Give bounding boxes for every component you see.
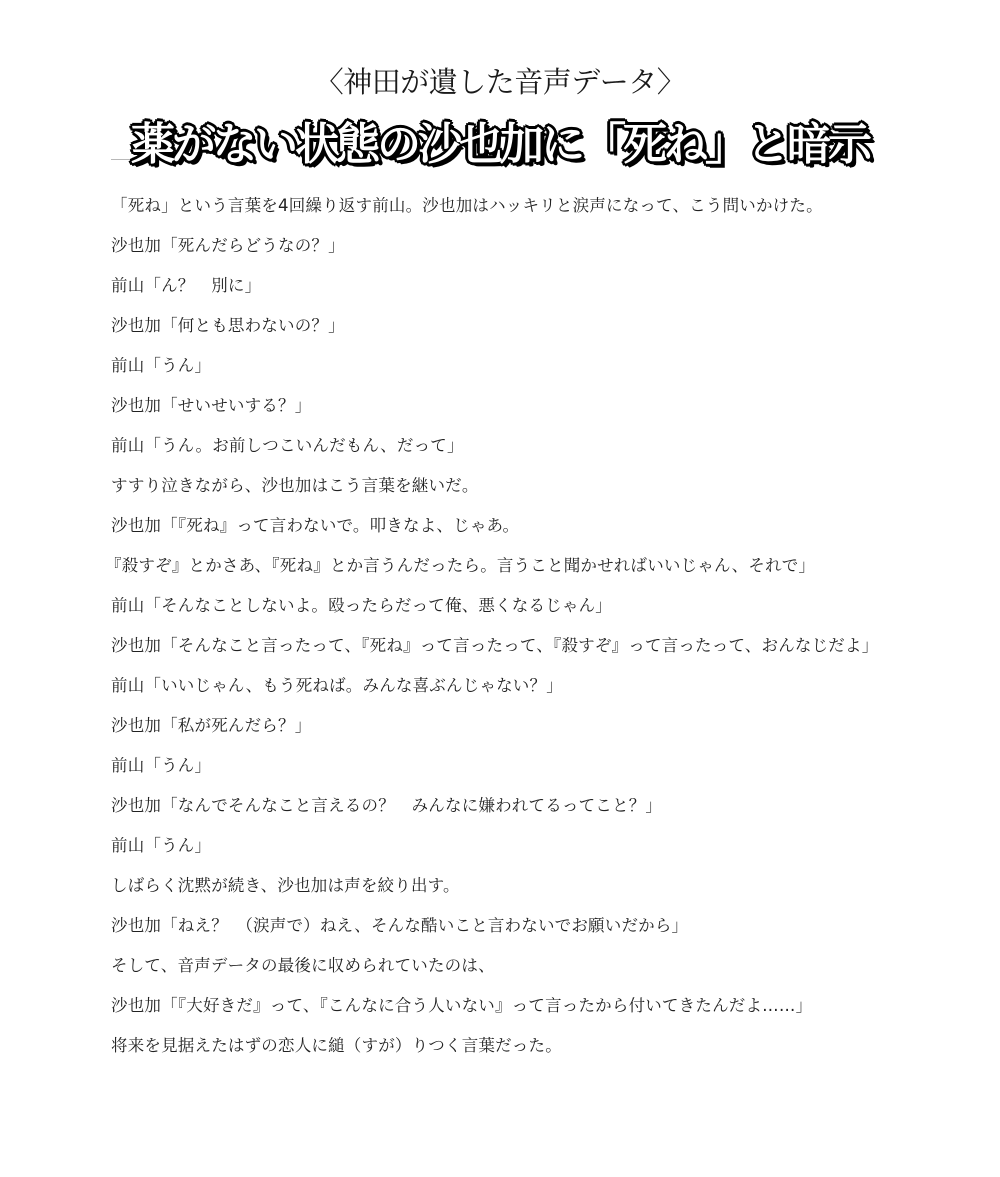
dialogue-line: 沙也加「『死ね』って言わないで。叩きなよ、じゃあ。	[111, 506, 971, 546]
dialogue-line: 前山「うん」	[111, 746, 971, 786]
article-headline: 薬がない状態の沙也加に「死ね」と暗示	[0, 117, 1000, 173]
dialogue-line: 沙也加「せいせいする？」	[111, 386, 971, 426]
dialogue-line: 沙也加「死んだらどうなの？」	[111, 226, 971, 266]
dialogue-line: 沙也加「ねえ？ （涙声で）ねえ、そんな酷いこと言わないでお願いだから」	[111, 906, 971, 946]
dialogue-line: 前山「そんなことしないよ。殴ったらだって俺、悪くなるじゃん」	[111, 586, 971, 626]
dialogue-line: 沙也加「そんなこと言ったって、『死ね』って言ったって、『殺すぞ』って言ったって、…	[111, 626, 971, 666]
dialogue-line: 沙也加「何とも思わないの？」	[111, 306, 971, 346]
dialogue-line: 前山「うん」	[111, 346, 971, 386]
dialogue-line: 前山「ん？ 別に」	[111, 266, 971, 306]
narration-line: そして、音声データの最後に収められていたのは、	[111, 946, 971, 986]
article-body: 「死ね」という言葉を4回繰り返す前山。沙也加はハッキリと涙声になって、こう問いか…	[111, 186, 971, 1066]
narration-line: 将来を見据えたはずの恋人に縋（すが）りつく言葉だった。	[111, 1026, 971, 1066]
dialogue-continuation-line: 『殺すぞ』とかさあ、『死ね』とか言うんだったら。言うこと聞かせればいいじゃん、そ…	[105, 546, 971, 586]
dialogue-line: 前山「いいじゃん、もう死ねば。みんな喜ぶんじゃない？」	[111, 666, 971, 706]
narration-line: しばらく沈黙が続き、沙也加は声を絞り出す。	[111, 866, 971, 906]
dialogue-line: 沙也加「なんでそんなこと言えるの？ みんなに嫌われてるってこと？」	[111, 786, 971, 826]
divider	[111, 159, 129, 160]
narration-line: 「死ね」という言葉を4回繰り返す前山。沙也加はハッキリと涙声になって、こう問いか…	[111, 186, 971, 226]
dialogue-line: 前山「うん。お前しつこいんだもん、だって」	[111, 426, 971, 466]
dialogue-line: 前山「うん」	[111, 826, 971, 866]
dialogue-line: 沙也加「『大好きだ』って、『こんなに合う人いない』って言ったから付いてきたんだよ…	[111, 986, 971, 1026]
dialogue-line: 沙也加「私が死んだら？」	[111, 706, 971, 746]
article-subtitle: 〈神田が遺した音声データ〉	[0, 62, 1000, 102]
narration-line: すすり泣きながら、沙也加はこう言葉を継いだ。	[111, 466, 971, 506]
